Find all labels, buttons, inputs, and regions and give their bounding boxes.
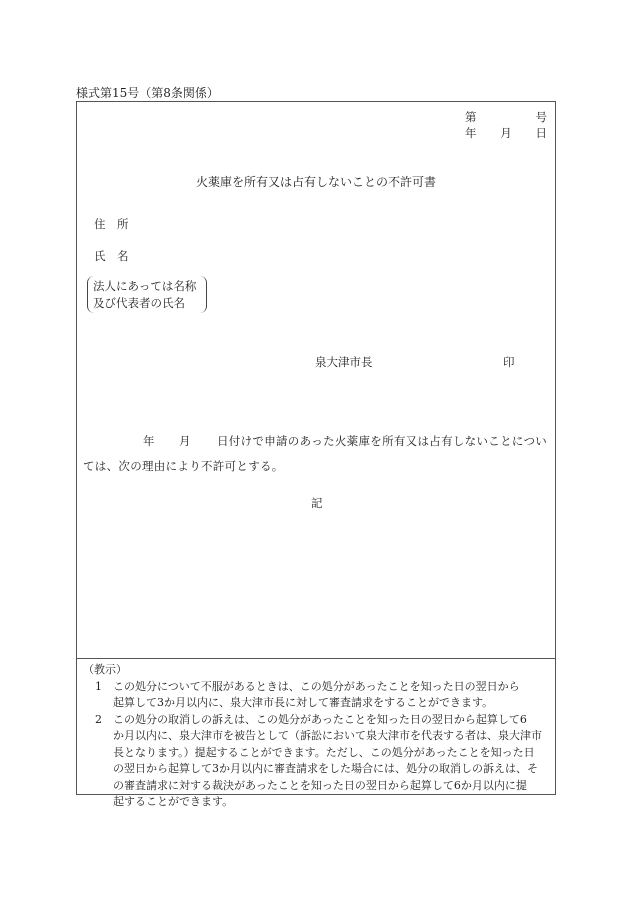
- corporate-note-line2: 及び代表者の氏名: [93, 295, 185, 311]
- seal-mark: 印: [503, 354, 515, 370]
- ki-label: 記: [311, 495, 323, 511]
- notice-item-line: の翌日から起算して3か月以内に審査請求をした場合には、処分の取消しの訴えは、そ: [113, 762, 538, 775]
- notice-item-number: 1: [95, 679, 113, 696]
- date-month: 月: [500, 125, 512, 141]
- document-date-line: 年 月 日: [465, 125, 547, 141]
- form-number-label: 様式第15号（第8条関係）: [76, 84, 219, 101]
- notice-item-line: 長となります。）提起することができます。ただし、この処分があったことを知った日: [113, 746, 535, 759]
- notice-item-1: 1この処分について不服があるときは、この処分があったことを知った日の翌日から 起…: [95, 679, 549, 712]
- body-year: 年: [143, 433, 155, 449]
- document-frame: 第 号 年 月 日 火薬庫を所有又は占有しないことの不許可書 住 所 氏 名 法…: [76, 101, 556, 795]
- notice-item-line: か月以内に、泉大津市を被告として（訴訟において泉大津市を代表する者は、泉大津市: [113, 729, 542, 742]
- number-suffix: 号: [536, 109, 548, 125]
- document-number-line: 第 号: [465, 109, 547, 125]
- notice-item-line: の審査請求に対する裁決があったことを知った日の翌日から起算して6か月以内に提: [113, 779, 527, 792]
- number-prefix: 第: [465, 109, 477, 125]
- date-day: 日: [536, 125, 548, 141]
- body-month: 月: [179, 433, 191, 449]
- notice-item-line: 起算して3か月以内に、泉大津市長に対して審査請求をすることができます。: [113, 696, 493, 709]
- document-title: 火薬庫を所有又は占有しないことの不許可書: [77, 173, 555, 190]
- address-label: 住 所: [94, 216, 129, 232]
- corporate-note-line1: 法人にあっては名称: [93, 278, 196, 294]
- notice-heading: （教示）: [83, 662, 549, 679]
- notice-item-line: 起することができます。: [113, 795, 233, 808]
- notice-item-line: この処分の取消しの訴えは、この処分があったことを知った日の翌日から起算して6: [113, 713, 527, 726]
- notice-item-number: 2: [95, 712, 113, 729]
- body-line-2: ては、次の理由により不許可とする。: [83, 458, 549, 474]
- date-year: 年: [465, 125, 477, 141]
- notice-section: （教示） 1この処分について不服があるときは、この処分があったことを知った日の翌…: [83, 662, 549, 811]
- corporate-note-bracket: 法人にあっては名称 及び代表者の氏名: [87, 276, 207, 313]
- body-line1-text: 日付けで申請のあった火薬庫を所有又は占有しないことについ: [217, 433, 547, 449]
- notice-separator: [77, 658, 555, 659]
- issuer-name: 泉大津市長: [315, 354, 373, 370]
- notice-item-2: 2この処分の取消しの訴えは、この処分があったことを知った日の翌日から起算して6 …: [95, 712, 549, 811]
- name-label: 氏 名: [94, 248, 129, 264]
- notice-item-line: この処分について不服があるときは、この処分があったことを知った日の翌日から: [113, 680, 520, 693]
